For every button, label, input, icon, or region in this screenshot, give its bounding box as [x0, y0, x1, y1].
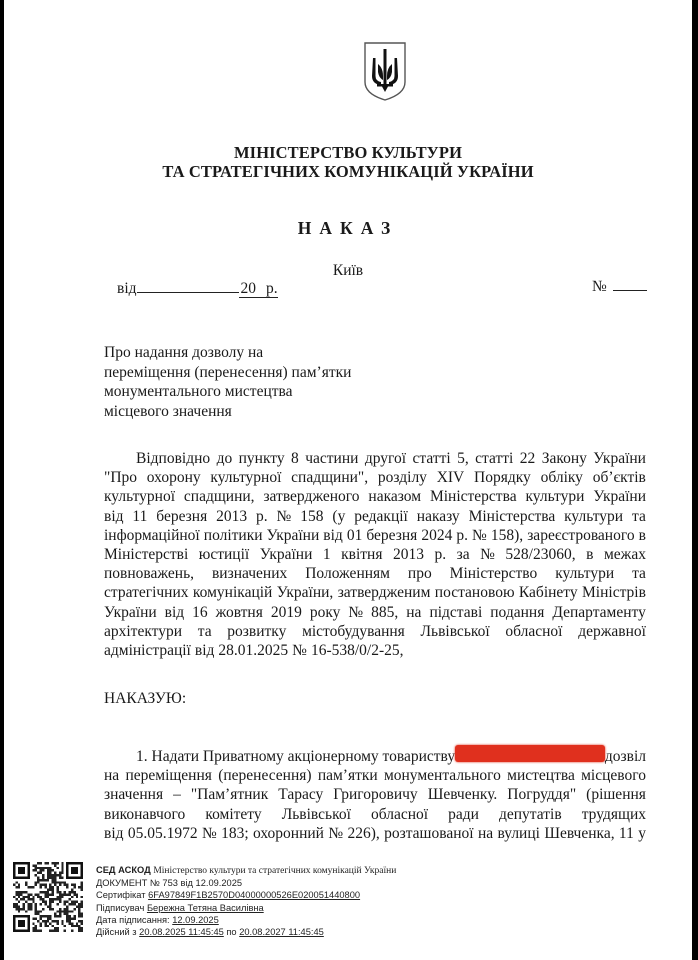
subject-line: переміщення (перенесення) пам’ятки — [104, 363, 351, 383]
document-page: МІНІСТЕРСТВО КУЛЬТУРИ ТА СТРАТЕГІЧНИХ КО… — [4, 0, 692, 960]
item1-text-before: 1. Надати Приватному акціонерному товари… — [136, 747, 455, 766]
number-label: № — [592, 278, 607, 295]
preamble-line: стратегічнихкомунікаційУкраїни,затвердже… — [104, 583, 646, 602]
certificate-label: Сертифікат — [96, 890, 146, 900]
valid-to-label: по — [226, 927, 236, 937]
preamble-line: інформаційноїполітикиУкраїнивід01березня… — [104, 526, 646, 545]
subject-line: місцевого значення — [104, 402, 351, 422]
preamble-line: культурноїспадщини,затвердженогонаказомМ… — [104, 487, 646, 506]
stamp-organization: Міністерство культури та стратегічних ко… — [153, 866, 396, 876]
item-line: напереміщення(перенесення)пам’яткимонуме… — [104, 766, 646, 785]
digital-signature-stamp: СЕД АСКОД Міністерство культури та страт… — [96, 864, 396, 938]
valid-from-label: Дійсний з — [96, 927, 137, 937]
item-line: від05.05.1972№183;охоронний№226),розташо… — [104, 824, 646, 843]
preamble-line: Відповіднодопункту8частинидругоїстатті5,… — [104, 449, 646, 468]
valid-to: 20.08.2027 11:45:45 — [239, 927, 324, 937]
item-line: виконавчогокомітетуЛьвівськоїобласноїрад… — [104, 805, 646, 824]
order-item-1: 1. Надати Приватному акціонерному товари… — [104, 747, 646, 843]
preamble-line: Українивід16жовтня2019року№885,напідстав… — [104, 603, 646, 622]
date-year: 20 — [241, 280, 267, 297]
subject-line: Про надання дозволу на — [104, 343, 351, 363]
preamble-line: архітектуритарозвиткумістобудуванняЛьвів… — [104, 622, 646, 641]
coat-of-arms-icon — [362, 40, 408, 102]
redaction-mark — [455, 745, 605, 762]
order-title: НАКАЗ — [4, 218, 692, 239]
date-suffix: р. — [266, 280, 278, 297]
date-prefix: від — [117, 280, 137, 297]
subject-line: монументального мистецтва — [104, 382, 351, 402]
signed-date: 12.09.2025 — [172, 915, 219, 925]
preamble-line: "Проохоронукультурноїспадщини",розділуXI… — [104, 468, 646, 487]
signed-date-label: Дата підписання: — [96, 915, 170, 925]
number-blank — [613, 278, 647, 291]
item-line: 1. Надати Приватному акціонерному товари… — [104, 747, 646, 766]
valid-from: 20.08.2025 11:45:45 — [139, 927, 224, 937]
stamp-system: СЕД АСКОД — [96, 865, 151, 875]
order-subject: Про надання дозволу на переміщення (пере… — [104, 343, 351, 421]
signer-label: Підписувач — [96, 903, 144, 913]
preamble-line: від11березня2013р.№158(уредакціїнаказуМі… — [104, 507, 646, 526]
signer-name: Бережна Тетяна Василівна — [147, 903, 264, 913]
preamble-line: адміністраціївід28.01.2025№16-538/0/2-25… — [104, 641, 646, 660]
certificate-value: 6FA97849F1B2570D04000000526E020051440800 — [148, 890, 360, 900]
order-number-line: № — [592, 278, 647, 296]
item1-text-after: дозвіл — [605, 747, 646, 766]
date-line: від20р. — [117, 278, 278, 298]
preamble-line: МіністерствіюстиціїУкраїни1квітня2013р.з… — [104, 545, 646, 564]
item-line: значення–"Пам’ятникТарасуГригоровичуШевч… — [104, 785, 646, 804]
stamp-document: ДОКУМЕНТ № 753 від 12.09.2025 — [96, 877, 396, 889]
city: Київ — [4, 262, 692, 280]
preamble-line: повноважень,визначенихПоложеннямпроМініс… — [104, 564, 646, 583]
order-directive: НАКАЗУЮ: — [104, 690, 186, 708]
ministry-name-line-1: МІНІСТЕРСТВО КУЛЬТУРИ — [4, 143, 692, 163]
date-blank — [137, 278, 239, 293]
ministry-name-line-2: ТА СТРАТЕГІЧНИХ КОМУНІКАЦІЙ УКРАЇНИ — [4, 162, 692, 182]
preamble-paragraph: Відповіднодопункту8частинидругоїстатті5,… — [104, 449, 646, 660]
qr-code-icon — [12, 862, 84, 932]
